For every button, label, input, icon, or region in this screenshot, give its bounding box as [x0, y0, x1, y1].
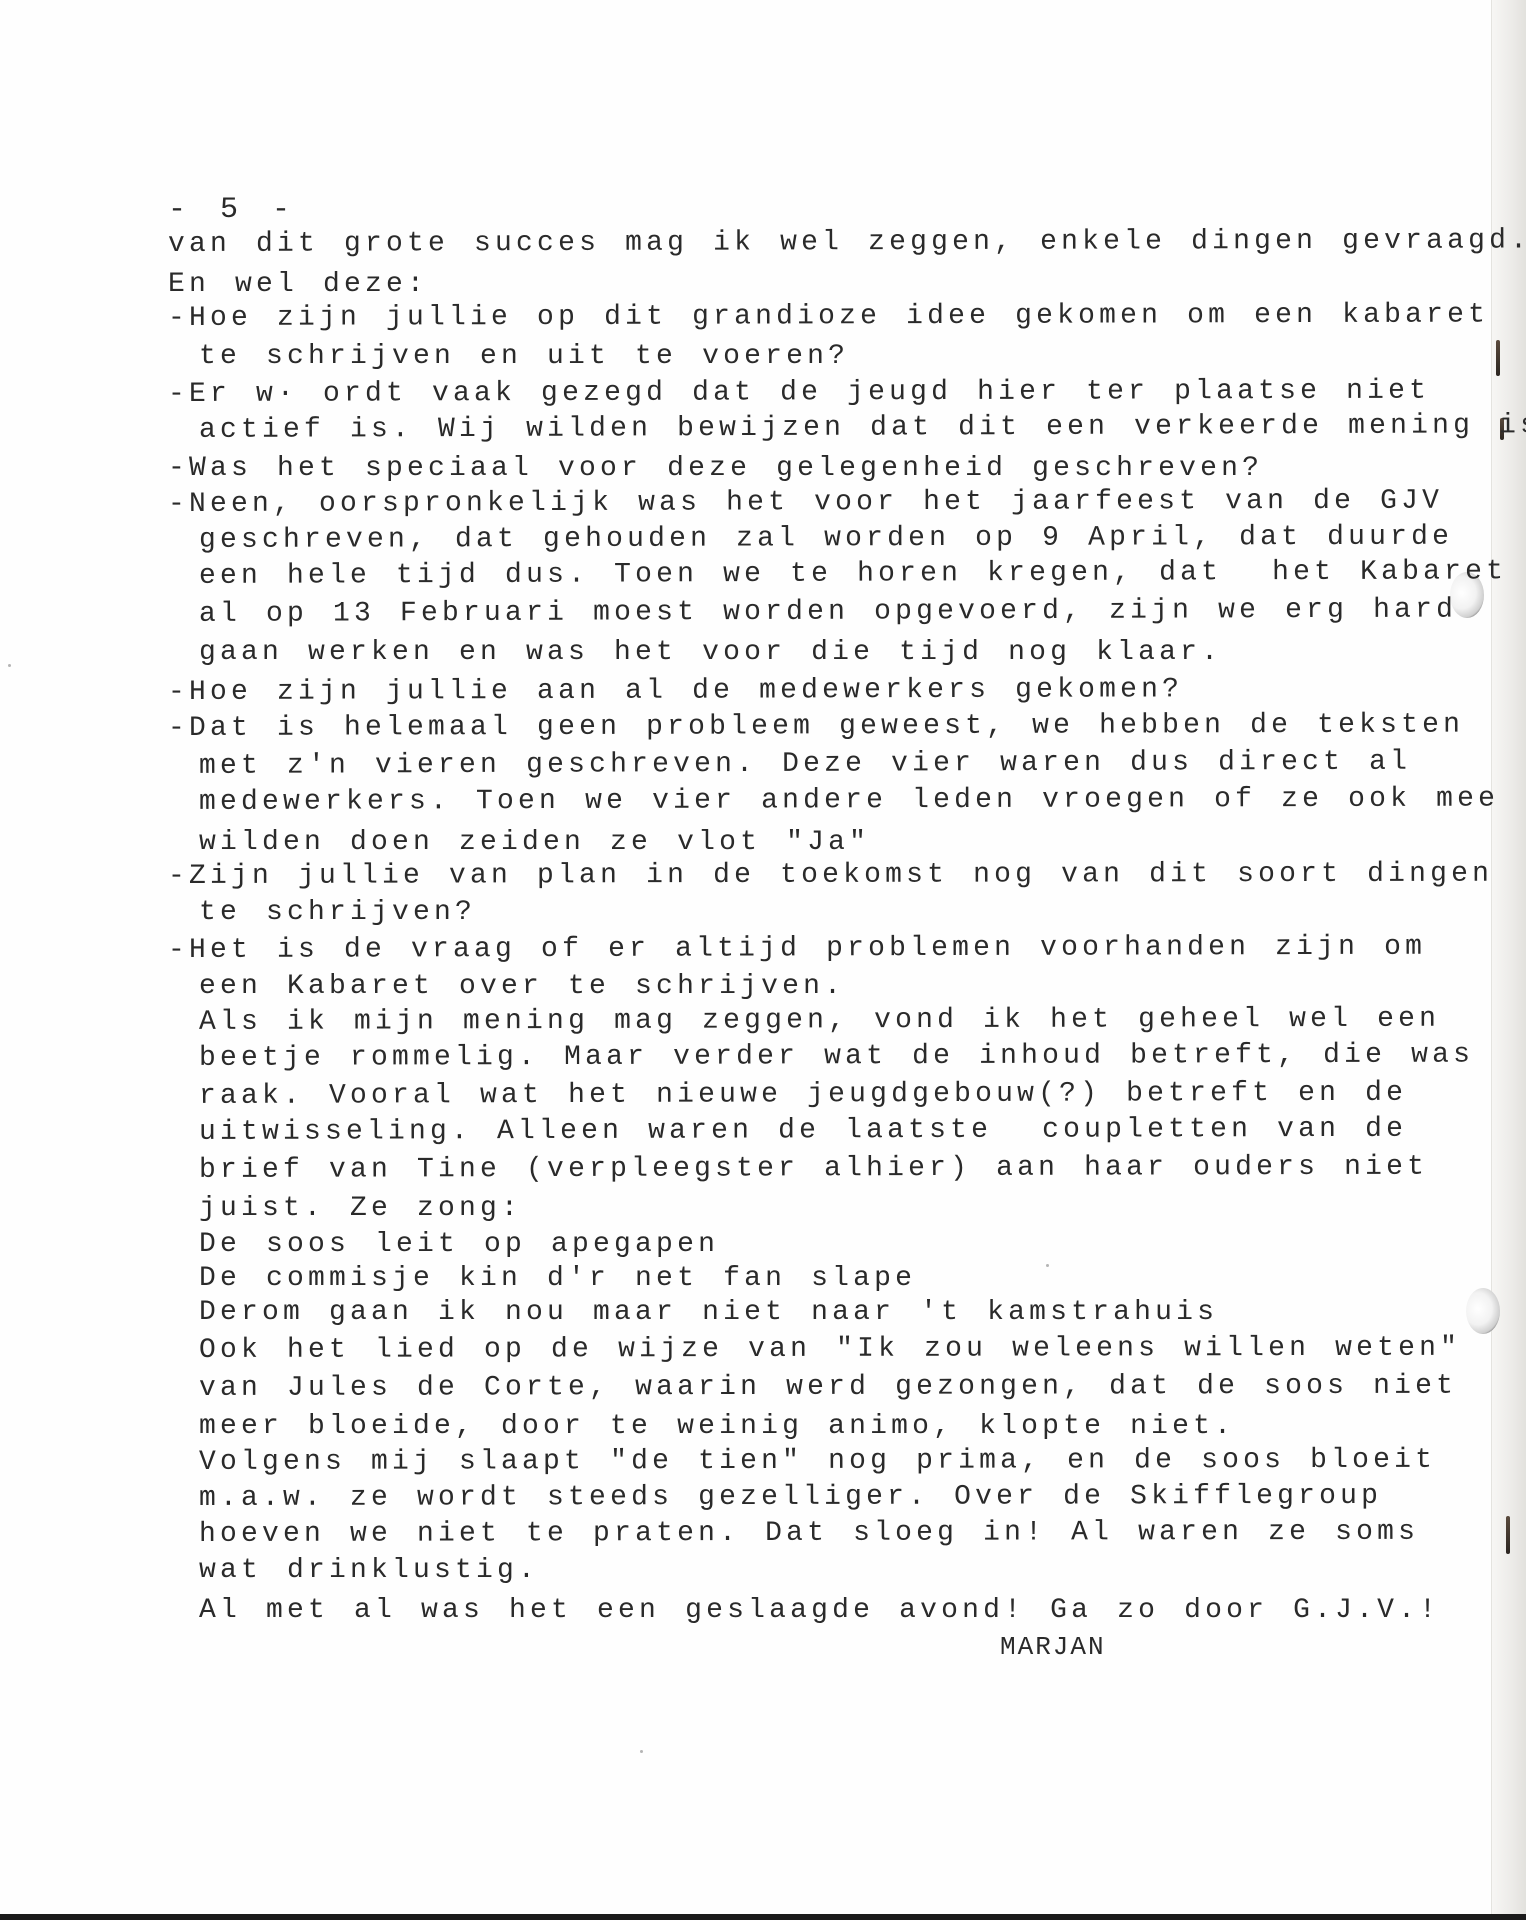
document-page: - 5 - van dit grote succes mag ik wel ze…: [0, 0, 1526, 1920]
text-line: -Zijn jullie van plan in de toekomst nog…: [168, 858, 1493, 894]
text-line: gaan werken en was het voor die tijd nog…: [174, 636, 1222, 670]
text-line: raak. Vooral wat het nieuwe jeugdgebouw(…: [174, 1077, 1407, 1114]
text-line: juist. Ze zong:: [174, 1192, 522, 1226]
text-line: -Er w· ordt vaak gezegd dat de jeugd hie…: [168, 375, 1430, 412]
author-signature: MARJAN: [1000, 1630, 1106, 1664]
text-line: wat drinklustig.: [174, 1554, 539, 1588]
text-line: uitwisseling. Alleen waren de laatste co…: [174, 1113, 1407, 1150]
text-line: medewerkers. Toen we vier andere leden v…: [174, 783, 1499, 820]
text-line: beetje rommelig. Maar verder wat de inho…: [174, 1039, 1474, 1076]
text-line: al op 13 Februari moest worden opgevoerd…: [174, 594, 1457, 632]
text-line: -Hoe zijn jullie aan al de medewerkers g…: [168, 673, 1183, 710]
text-line: actief is. Wij wilden bewijzen dat dit e…: [174, 409, 1526, 448]
text-line: van Jules de Corte, waarin werd gezongen…: [174, 1370, 1457, 1406]
text-line: een Kabaret over te schrijven.: [174, 970, 845, 1004]
page-number: - 5 -: [168, 193, 296, 227]
song-lyric-line: De commisje kin d'r net fan slape: [174, 1262, 916, 1296]
text-line: -Dat is helemaal geen probleem geweest, …: [168, 709, 1464, 746]
text-line: Volgens mij slaapt "de tien" nog prima, …: [174, 1444, 1436, 1480]
song-lyric-line: De soos leit op apegapen: [174, 1228, 719, 1262]
text-line: Ook het lied op de wijze van "Ik zou wel…: [174, 1332, 1461, 1368]
text-line: te schrijven en uit te voeren?: [174, 340, 849, 374]
text-line: van dit grote succes mag ik wel zeggen, …: [168, 224, 1526, 262]
text-line: een hele tijd dus. Toen we te horen kreg…: [174, 555, 1507, 594]
text-line: -Neen, oorspronkelijk was het voor het j…: [168, 485, 1443, 522]
text-line: -Hoe zijn jullie op dit grandioze idee g…: [168, 299, 1489, 336]
text-line: met z'n vieren geschreven. Deze vier war…: [174, 746, 1411, 784]
text-line: Als ik mijn mening mag zeggen, vond ik h…: [174, 1003, 1440, 1040]
closing-line: Al met al was het een geslaagde avond! G…: [174, 1594, 1440, 1628]
text-line: -Het is de vraag of er altijd problemen …: [168, 931, 1426, 968]
text-line: meer bloeide, door te weinig animo, klop…: [174, 1410, 1235, 1444]
song-lyric-line: Derom gaan ik nou maar niet naar 't kams…: [174, 1296, 1218, 1330]
text-line: te schrijven?: [174, 896, 476, 930]
typewritten-text: - 5 - van dit grote succes mag ik wel ze…: [0, 0, 1526, 1920]
text-line: geschreven, dat gehouden zal worden op 9…: [174, 521, 1453, 558]
text-line: wilden doen zeiden ze vlot "Ja": [174, 826, 870, 860]
scan-bottom-edge: [0, 1914, 1526, 1920]
text-line: brief van Tine (verpleegster alhier) aan…: [174, 1151, 1428, 1188]
text-line: En wel deze:: [168, 268, 428, 302]
text-line: m.a.w. ze wordt steeds gezelliger. Over …: [174, 1480, 1382, 1516]
text-line: hoeven we niet te praten. Dat sloeg in! …: [174, 1516, 1419, 1552]
text-line: -Was het speciaal voor deze gelegenheid …: [168, 452, 1263, 486]
